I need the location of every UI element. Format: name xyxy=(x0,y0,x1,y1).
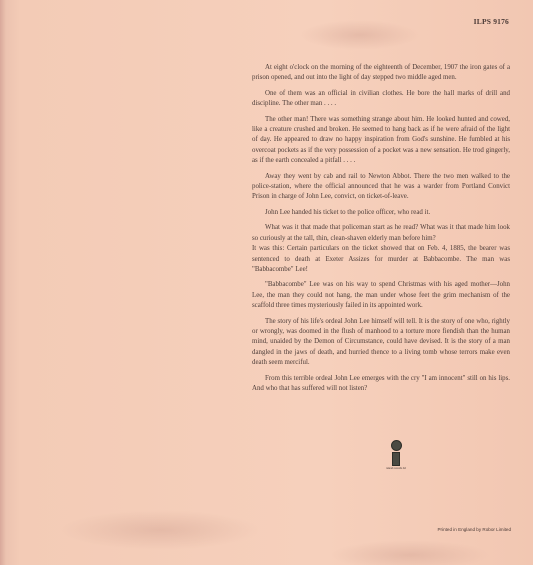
paragraph: From this terrible ordeal John Lee emerg… xyxy=(252,374,510,395)
catalogue-number: ILPS 9176 xyxy=(474,17,509,26)
island-logo-stem-icon xyxy=(392,452,400,466)
paragraph: Away they went by cab and rail to Newton… xyxy=(252,172,510,203)
paper-stain xyxy=(60,510,260,550)
island-logo-dot-icon xyxy=(391,440,402,451)
logo-caption: island records ltd xyxy=(386,467,406,470)
paragraph: "Babbacombe" Lee was on his way to spend… xyxy=(252,280,510,311)
paragraph: The story of his life's ordeal John Lee … xyxy=(252,317,510,369)
paper-stain xyxy=(330,540,490,565)
island-records-logo: island records ltd xyxy=(383,440,409,470)
paragraph: One of them was an official in civilian … xyxy=(252,89,510,110)
paragraph: It was this: Certain particulars on the … xyxy=(252,244,510,275)
paragraph: At eight o'clock on the morning of the e… xyxy=(252,63,510,84)
paragraph: What was it that made that policeman sta… xyxy=(252,223,510,244)
printer-credit: Printed in England by Robor Limited xyxy=(437,527,511,532)
liner-notes: At eight o'clock on the morning of the e… xyxy=(252,63,510,399)
paragraph: The other man! There was something stran… xyxy=(252,115,510,167)
paragraph: John Lee handed his ticket to the police… xyxy=(252,208,510,218)
paper-stain xyxy=(300,20,420,50)
